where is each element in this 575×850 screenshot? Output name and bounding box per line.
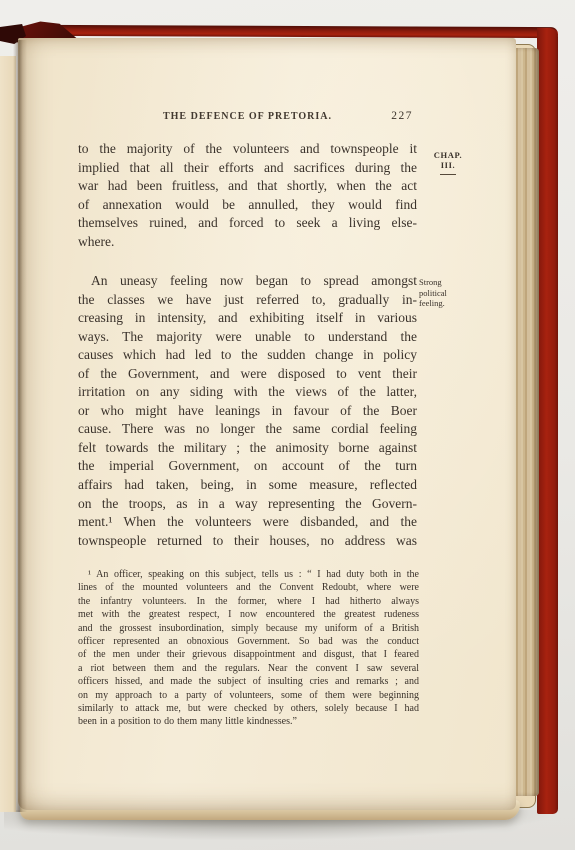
text-line: the classes we have just referred to, gr… (78, 291, 417, 310)
text-line: affairs had taken, being, in some measur… (78, 476, 417, 495)
book-page: THE DEFENCE OF PRETORIA. 227 CHAP.III. S… (18, 38, 516, 810)
text-line: An uneasy feeling now began to spread am… (78, 272, 417, 291)
text-line: on my approach to a party of volunteers,… (78, 689, 419, 702)
text-line: or who might have leanings in favour of … (78, 402, 417, 421)
text-line: officers hissed, and made the subject of… (78, 675, 419, 688)
text-line: implied that all their efforts and sacri… (78, 159, 417, 178)
book-cover-right-edge (537, 28, 558, 814)
text-line: of the men under their grievous disappoi… (78, 648, 419, 661)
text-line: irritation on any siding with the views … (78, 383, 417, 402)
text-line: similarly to attack me, but were checked… (78, 702, 419, 715)
text-line: III. (424, 160, 472, 170)
text-line: feeling. (419, 298, 473, 309)
text-line: war had been fruitless, and that shortly… (78, 177, 417, 196)
book-cover-top-edge (50, 25, 558, 38)
text-line: CHAP. (424, 150, 472, 160)
text-line: a riot between them and the regulars. Ne… (78, 662, 419, 675)
text-line: the infantry volunteers. In the former, … (78, 595, 419, 608)
running-head: THE DEFENCE OF PRETORIA. 227 (78, 110, 417, 126)
text-line: political (419, 288, 473, 299)
text-line: lines of the mounted volunteers and the … (78, 581, 419, 594)
body-paragraph-1: to the majority of the volunteers and to… (78, 140, 417, 251)
text-line: been in a position to do them many littl… (78, 715, 419, 728)
text-line: creasing in intensity, and exhibiting it… (78, 309, 417, 328)
side-margin-note: Strongpoliticalfeeling. (419, 277, 473, 309)
text-line: to the majority of the volunteers and to… (78, 140, 417, 159)
chapter-rule (440, 174, 456, 175)
text-line: of the Government, and were disposed to … (78, 365, 417, 384)
chapter-margin-note: CHAP.III. (424, 150, 472, 175)
running-head-title: THE DEFENCE OF PRETORIA. (163, 111, 332, 122)
page-number: 227 (391, 110, 413, 122)
chapter-label: CHAP.III. (424, 150, 472, 170)
text-line: Strong (419, 277, 473, 288)
text-line: met with the greatest respect, I now enc… (78, 608, 419, 621)
text-line: causes which had led to the sudden chang… (78, 346, 417, 365)
text-line: on the troops, as in a way representing … (78, 495, 417, 514)
text-line: ways. The majority were unable to unders… (78, 328, 417, 347)
book-photo: THE DEFENCE OF PRETORIA. 227 CHAP.III. S… (0, 0, 575, 850)
text-line: ment.¹ When the volunteers were disbande… (78, 513, 417, 532)
text-line: the imperial Government, on account of t… (78, 457, 417, 476)
text-line: ¹ An officer, speaking on this subject, … (78, 568, 419, 581)
text-line: cause. There was no longer the same cord… (78, 420, 417, 439)
page-edges-right (512, 48, 539, 796)
text-line: and the grossest insubordination, simply… (78, 622, 419, 635)
text-line: of annexation would be annulled, they wo… (78, 196, 417, 215)
text-line: where. (78, 233, 417, 252)
book-gutter (13, 40, 27, 812)
text-line: officer represented an obnoxious Governm… (78, 635, 419, 648)
text-line: felt towards the military ; the animosit… (78, 439, 417, 458)
body-paragraph-2: An uneasy feeling now began to spread am… (78, 272, 417, 550)
text-line: townspeople returned to their houses, no… (78, 532, 417, 551)
footnote: ¹ An officer, speaking on this subject, … (78, 568, 419, 729)
text-line: themselves ruined, and forced to seek a … (78, 214, 417, 233)
